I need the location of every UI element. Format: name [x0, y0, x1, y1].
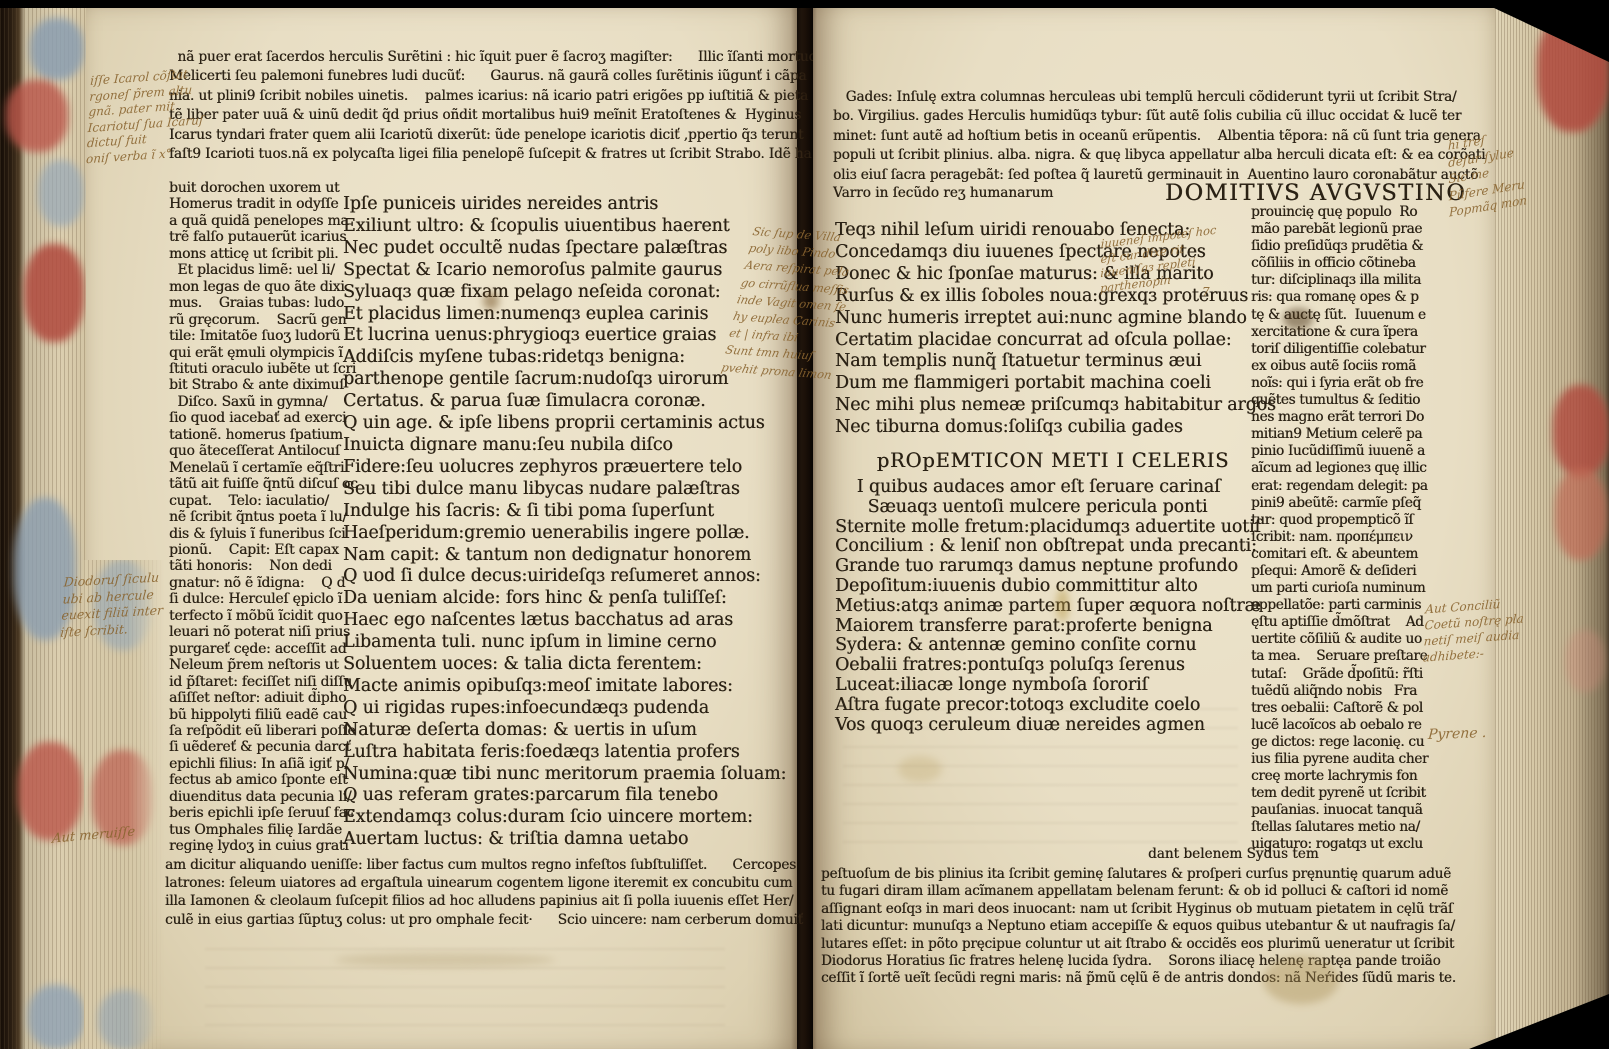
right-verse-column-b: I quibus audaces amor eſt ſeruare carina…: [835, 478, 1275, 735]
verse-line: Certatim placidae concurrat ad oſcula po…: [835, 330, 1275, 352]
commentary-line: ex oibus autẽ ſociis romã: [1251, 358, 1451, 375]
commentary-line: nia. ut plini9 ſcribit nobiles uinetis. …: [169, 87, 775, 106]
edge-paint-red: [6, 80, 68, 152]
commentary-line: reginę lydoʒ in cuius grati: [169, 838, 347, 854]
commentary-line: comitari eſt. & abeuntem: [1251, 546, 1451, 563]
stain: [1056, 588, 1069, 622]
commentary-line: nẽ ſcribit q̃ntus poeta ĩ lu/: [169, 509, 347, 525]
commentary-line: tãti honoris: Non dedi: [169, 558, 347, 574]
commentary-line: peſtuoſum de bis plinius ita ſcribit gem…: [821, 866, 1471, 883]
left-side-commentary-column: buit dorochen uxorem utHomerus tradit in…: [169, 180, 347, 855]
commentary-line: ſcribit: nam. προπέμπειν: [1251, 529, 1451, 546]
commentary-line: rũ gręcorum. Sacrũ gen: [169, 312, 347, 328]
commentary-line: Homerus tradit in odyſſe: [169, 196, 347, 212]
verse-line: Spectat & Icario nemoroſus palmite gauru…: [343, 260, 783, 282]
photo-black-border: [0, 0, 1609, 8]
commentary-line: xercitatione & cura ĩpera: [1251, 324, 1451, 341]
page-showthrough: [205, 948, 725, 1028]
right-bottom-commentary: peſtuoſum de bis plinius ita ſcribit gem…: [821, 866, 1471, 988]
commentary-line: tãtũ ait fuiſſe q̃ntũ diſcuſ oc: [169, 476, 347, 492]
edge-paint-red: [24, 244, 84, 342]
verse-line: Concilium : & leniſ non obſtrepat unda p…: [835, 537, 1275, 557]
verse-line: Auertam luctus: & triſtia damna uetabo: [343, 829, 783, 851]
commentary-line: tile: Imitatõe ſuoʒ ludorũ: [169, 328, 347, 344]
verse-line: Q uin age. & ipſe libens proprii certami…: [343, 413, 783, 435]
marginal-note-pyrene: Pyrene .: [1427, 725, 1487, 743]
commentary-line: aſſignant eoſqɜ in mari deos inuocant: n…: [821, 901, 1471, 918]
left-bottom-commentary: am dicitur aliquando ueniſſe: liber fact…: [165, 856, 785, 929]
commentary-line: qui erãt ęmuli olympicis ĩ: [169, 345, 347, 361]
verse-line: Naturæ deſerta domas: & uertis in uſum: [343, 720, 783, 742]
verse-line: Seu tibi dulce manu libycas nudare palæſ…: [343, 479, 783, 501]
commentary-line: Melicerti ſeu palemoni funebres ludi duc…: [169, 67, 775, 86]
verse-line: Grande tuo rarumqɜ damus neptune profund…: [835, 557, 1275, 577]
commentary-line: leuari nõ poterat niſi prius: [169, 624, 347, 640]
commentary-line: noĩs: qui i ſyria erãt ob fre: [1251, 375, 1451, 392]
commentary-line: tus Omphales filię Iardãe: [169, 822, 347, 838]
edge-paint-blue: [28, 985, 84, 1049]
verse-line: Maiorem transferre parat:proferte benign…: [835, 617, 1275, 637]
commentary-line: beris epichli ipſe ſeruuſ fac: [169, 805, 347, 821]
commentary-line: tur: quod propempticõ ĩſ: [1251, 512, 1451, 529]
commentary-line: Neleum p̃rem neſtoris ut: [169, 657, 347, 673]
verse-line: Et placidus limen:numenqɜ euplea carinis: [343, 304, 783, 326]
commentary-line: bit Strabo & ante diximuſ: [169, 377, 347, 393]
commentary-line: ſidio preſidũqɜ prudẽtia &: [1251, 238, 1451, 255]
left-verse-column: Ipſe puniceis uirides nereides antrisExi…: [343, 194, 783, 851]
commentary-line: pauſanias. inuocat tanquã: [1251, 802, 1451, 819]
commentary-line: ſtituti oraculo iubẽte ut ſcri: [169, 361, 347, 377]
commentary-line: tur: diſciplinaqɜ illa milita: [1251, 272, 1451, 289]
commentary-line: quẽtes tumultus & ſeditio: [1251, 392, 1451, 409]
commentary-line: lutares eſſet: in põto pręcipue coluntur…: [821, 936, 1471, 953]
verse-line: Nec pudet occultẽ nudas ſpectare palæſtr…: [343, 238, 783, 260]
commentary-line: mitian9 Metium celerẽ pa: [1251, 426, 1451, 443]
verse-line: Da ueniam alcide: fors hinc & penſa tuli…: [343, 588, 783, 610]
commentary-line: tationẽ. homerus ſpatium: [169, 427, 347, 443]
verse-line: Certatus. & parua ſuæ ſimulacra coronæ.: [343, 391, 783, 413]
verse-line: Inuicta dignare manu:ſeu nubila diſco: [343, 435, 783, 457]
left-fore-edge: [0, 0, 86, 1049]
commentary-line: latrones: ſeleum uiatores ad ergaſtula u…: [165, 874, 785, 892]
commentary-line: cõſiliis in officio cõtineba: [1251, 255, 1451, 272]
commentary-line: Icarus tyndari frater quem alii Icariotũ…: [169, 126, 775, 145]
commentary-line: mus. Graias tubas: ludo: [169, 295, 347, 311]
verse-line: Addiſcis myſene tubas:ridetqɜ benigna:: [343, 347, 783, 369]
verse-line: Extendamqɜ colus:duram ſcio uincere mort…: [343, 807, 783, 829]
left-page: nã puer erat ſacerdos herculis Surẽtini …: [85, 8, 797, 1049]
commentary-line: bũ hippolyti filiũ eadẽ cau: [169, 707, 347, 723]
verse-line: Luceat:iliacæ longe nymboſa ſororiſ: [835, 676, 1275, 696]
commentary-line: pſequi: Amorẽ & deſideri: [1251, 563, 1451, 580]
commentary-line: tuẽdũ aliq̃ndo nobis Fra: [1251, 683, 1451, 700]
commentary-line: tem dedit pyrenẽ ut ſcribit: [1251, 785, 1451, 802]
commentary-line: illa Iamonen & cleolaum ſuſcepit filios …: [165, 892, 785, 910]
commentary-line: erat: regendam delegit: pa: [1251, 478, 1451, 495]
commentary-line: tu fugari diram illam acĩmanem appellata…: [821, 883, 1471, 900]
commentary-line: mon legas de quo ãte dixi: [169, 279, 347, 295]
verse-line: Ipſe puniceis uirides nereides antris: [343, 194, 783, 216]
right-top-commentary: Gades: Inſulę extra columnas herculeas u…: [833, 88, 1463, 185]
verse-line: Soluentem uoces: & talia dicta ferentem:: [343, 654, 783, 676]
stain: [1263, 956, 1339, 1004]
marginal-note-top-right: hi treſdeſur ſylueSic mePũfere MeruPopmã…: [1448, 125, 1527, 221]
edge-paint-blue: [38, 160, 84, 226]
commentary-line: quo ãteceſſerat Antilocuſ: [169, 443, 347, 459]
commentary-line: diuenditus data pecunia li/: [169, 789, 347, 805]
commentary-line: Et placidus limẽ: uel li/: [169, 262, 347, 278]
book-photo: nã puer erat ſacerdos herculis Surẽtini …: [0, 0, 1609, 1049]
commentary-line: bo. Virgilius. gades Herculis humidũqɜ t…: [833, 107, 1463, 126]
commentary-line: nã puer erat ſacerdos herculis Surẽtini …: [169, 48, 775, 67]
commentary-line: am dicitur aliquando ueniſſe: liber fact…: [165, 856, 785, 874]
verse-line: Nunc humeris irreptet aui:nunc agmine bl…: [835, 308, 1275, 330]
commentary-line: pinio Iucũdiſſimũ iuuenẽ a: [1251, 443, 1451, 460]
commentary-line: minet: ſunt autẽ ad hoſtium betis in oce…: [833, 127, 1463, 146]
commentary-line: tres oebalii: Caſtorẽ & pol: [1251, 700, 1451, 717]
commentary-line: ge dictos: rege laconię. cu: [1251, 734, 1451, 751]
verse-line: Nam capit: & tantum non dedignatur honor…: [343, 545, 783, 567]
commentary-line: faſt9 Icarioti tuos.nã ex polycaſta lige…: [169, 145, 775, 164]
verse-line: Libamenta tuli. nunc ipſum in limine cer…: [343, 632, 783, 654]
commentary-line: populi ut ſcribit plinius. alba. nigra. …: [833, 146, 1463, 165]
commentary-line: terfecto ĩ mõbũ ĩcidit quo: [169, 608, 347, 624]
commentary-line: pini9 abeũtẽ: carmĩe pſeq̃: [1251, 495, 1451, 512]
commentary-line: culẽ in eius gartiaɜ ſũptuʒ colus: ut pr…: [165, 911, 785, 929]
commentary-line: Menelaũ ĩ certamĩe eq̃ſtri: [169, 460, 347, 476]
commentary-line: lucẽ lacoĩcos ab oebalo re: [1251, 717, 1451, 734]
catchword-line: dant belenem Sydus tem: [1148, 846, 1319, 862]
commentary-line: Diodorus Horatius ſic fratres helenę luc…: [821, 953, 1471, 970]
commentary-line: ſtellas ſalutares metio na/: [1251, 819, 1451, 836]
commentary-line: cupat. Telo: iaculatio/: [169, 493, 347, 509]
commentary-line: ſio quod iacebať ad exerci: [169, 410, 347, 426]
commentary-line: trẽ falſo putauerũt icarius: [169, 229, 347, 245]
commentary-line: mão parebãt legionũ prae: [1251, 221, 1451, 238]
commentary-line: mons atticę ut ſcribit pli.: [169, 246, 347, 262]
commentary-line: fectus ab amico ſponte eſt: [169, 772, 347, 788]
commentary-line: toriſ diligentiſſie colebatur: [1251, 341, 1451, 358]
commentary-line: purgareť cęde: acceſſit ad: [169, 641, 347, 657]
commentary-line: appellatõe: parti carminis: [1251, 597, 1451, 614]
right-page: Gades: Inſulę extra columnas herculeas u…: [813, 8, 1495, 1049]
commentary-line: id p̃ſtaret: feciſſet niſi diſſu: [169, 674, 347, 690]
stain: [483, 292, 499, 310]
verse-line: Numina:quæ tibi nunc meritorum praemia ſ…: [343, 764, 783, 786]
left-top-commentary: nã puer erat ſacerdos herculis Surẽtini …: [169, 48, 775, 164]
page-showthrough: [843, 708, 1238, 848]
verse-line: Sydera: & antennæ gemino conſite cornu: [835, 636, 1275, 656]
marginal-mark-seven: 7: [1202, 285, 1210, 299]
verse-line: Q uod ſi dulce decus:uirideſqɜ reſumeret…: [343, 566, 783, 588]
commentary-line: dis & ſyluis ĩ funeribus ſci: [169, 526, 347, 542]
verse-line: Et lucrina uenus:phrygioqɜ euertice grai…: [343, 325, 783, 347]
verse-line: Q ui rigidas rupes:infoecundæqɜ pudenda: [343, 698, 783, 720]
marginal-note-top-left: iſſe Icarol cõſtatrgoneſ p̃rem altugnã. …: [86, 66, 207, 168]
commentary-line: pionũ. Capit: Eſt capax: [169, 542, 347, 558]
verse-line: I quibus audaces amor eſt ſeruare carina…: [835, 478, 1275, 498]
verse-line: Sæuaqɜ uentoſi mulcere pericula ponti: [835, 498, 1275, 518]
edge-paint-red: [1553, 385, 1609, 477]
verse-line: Q uas referam grates:parcarum fila teneb…: [343, 785, 783, 807]
commentary-line: prouincię quę populo Ro: [1251, 204, 1451, 221]
commentary-line: ſa reſpõdit eũ liberari poſſe: [169, 723, 347, 739]
commentary-line: creę morte lachrymis fon: [1251, 768, 1451, 785]
commentary-line: aſiſſet neſtor: adiuit d̃ipho: [169, 690, 347, 706]
commentary-line: tutaſ: Grãde d̃poſitũ: r̃ſti: [1251, 666, 1451, 683]
verse-line: Nam templis nunq̃ ſtatuetur terminus æui: [835, 351, 1275, 373]
verse-line: Luſtra habitata feris:foedæqɜ latentia p…: [343, 742, 783, 764]
verse-line: Syluaqɜ quæ fixam pelago neſeida coronat…: [343, 282, 783, 304]
commentary-line: Gades: Inſulę extra columnas herculeas u…: [833, 88, 1463, 107]
commentary-line: lati dicuntur: munuſqɜ a Neptuno etiam a…: [821, 918, 1471, 935]
verse-line: Dum me flammigeri portabit machina coeli: [835, 373, 1275, 395]
commentary-line: ſi dulce: Herculeſ ępiclo ĩ: [169, 591, 347, 607]
commentary-line: a quã quidã penelopes ma: [169, 213, 347, 229]
edge-paint-red: [18, 742, 82, 840]
verse-line: Haec ego naſcentes lætus bacchatus ad ar…: [343, 610, 783, 632]
edge-paint-red: [1555, 468, 1607, 560]
gutter-shadow: [791, 8, 817, 1049]
varro-line: Varro in ſecũdo reʒ humanarum: [833, 185, 1053, 201]
commentary-line: buit dorochen uxorem ut: [169, 180, 347, 196]
commentary-line: ęſtu aptiſſie d̃mõſtrat Ad: [1251, 614, 1451, 631]
edge-paint-red: [1565, 630, 1605, 692]
commentary-line: um parti curioſa numinum: [1251, 580, 1451, 597]
verse-line: Nec mihi plus nemeæ priſcumqɜ habitabitu…: [835, 395, 1275, 417]
verse-line: Sternite molle fretum:placidumqɜ aduerti…: [835, 518, 1275, 538]
commentary-line: gnatur: nõ ẽ ĩdigna: Q d: [169, 575, 347, 591]
commentary-line: aĩcum ad legioneɜ quę illic: [1251, 460, 1451, 477]
commentary-line: ſi uẽdereť & pecunia darcť: [169, 739, 347, 755]
verse-line: Oebalii fratres:pontuſqɜ poluſqɜ ſerenus: [835, 656, 1275, 676]
commentary-line: ta mea. Seruare preſtare: [1251, 648, 1451, 665]
edge-paint-blue: [30, 18, 84, 80]
marginal-note-diodorus: Diodoruſ ſiculuubi ab herculeeuexit fili…: [60, 569, 166, 641]
verse-line: Nec tiburna domus:ſoliſqɜ cubilia gades: [835, 417, 1275, 439]
commentary-line: ius filia pyrene audita cher: [1251, 751, 1451, 768]
verse-line: Indulge his ſacris: & ſi tibi poma ſuper…: [343, 501, 783, 523]
domitius-heading: DOMITIVS AVGVSTINO: [1165, 180, 1466, 206]
stain: [1283, 308, 1313, 330]
marginal-note-concilium: Aut ConciliũCoetũ noſtrę planetiſ meiſ a…: [1422, 594, 1525, 665]
verse-line: Exiliunt ultro: & ſcopulis uiuentibus ha…: [343, 216, 783, 238]
commentary-line: tẽ liber pater uuã & uinũ dedit q̃d priu…: [169, 106, 775, 125]
edge-paint-blue: [98, 990, 154, 1049]
right-side-commentary-column: prouincię quę populo Romão parebãt legio…: [1251, 204, 1451, 854]
verse-line: Haeſperidum:gremio uenerabilis ingere po…: [343, 523, 783, 545]
commentary-line: ris: qua romanę opes & p: [1251, 289, 1451, 306]
verse-line: Fidere:ſeu uolucres zephyros præuertere …: [343, 457, 783, 479]
verse-line: Metius:atqɜ animæ partem ſuper æquora no…: [835, 597, 1275, 617]
propemticon-heading: pROpEMTICON METI I CELERIS: [853, 449, 1253, 472]
commentary-line: uertite cõſiliũ & audite uo: [1251, 631, 1451, 648]
commentary-line: nes magno erãt terrori Do: [1251, 409, 1451, 426]
verse-line: Depoſitum:iuuenis dubio committitur alto: [835, 577, 1275, 597]
commentary-line: Diſco. Saxũ in gymna/: [169, 394, 347, 410]
verse-line: Macte animis opibuſqɜ:meoſ imitate labor…: [343, 676, 783, 698]
commentary-line: ceſſit ĩ ſortẽ ueĩt ſecũdi regni maris: …: [821, 970, 1471, 987]
verse-line: parthenope gentile ſacrum:nudoſqɜ uiroru…: [343, 369, 783, 391]
commentary-line: tę & auctę ſũt. Iuuenum e: [1251, 307, 1451, 324]
commentary-line: epichli filius: In aſiã igiť p/: [169, 756, 347, 772]
